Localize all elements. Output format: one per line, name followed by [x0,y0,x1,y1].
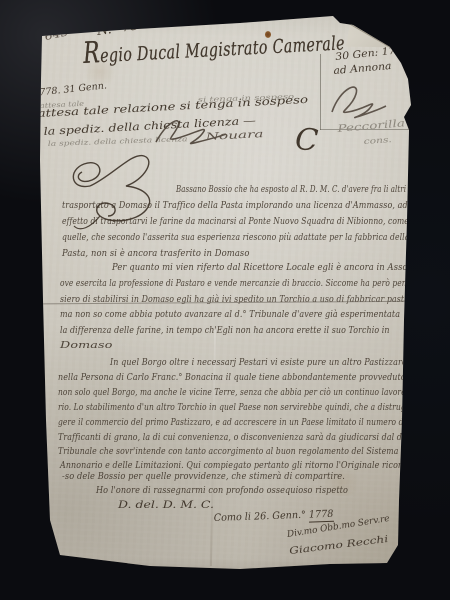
body-line: gere il commercio del primo Pastizzaro, … [58,418,410,428]
corner-fold [344,16,394,50]
closing-compliment: Ho l'onore di rassegnarmi con profondo o… [96,486,348,496]
annotation-date: 1778. 31 Genn. [33,80,108,99]
registry-office: ad Annona [333,61,392,77]
body-line: quelle, che secondo l'asserita sua esper… [62,233,409,243]
body-line: siero di stabilirsi in Domaso egli ha gi… [60,295,409,305]
body-line: In quel Borgo oltre i necessarj Pestari … [110,358,407,368]
body-line: Per quanto mi vien riferto dal Ricettore… [112,263,408,273]
place-date-line: Como li 26. Genn.° 1778 [214,509,334,524]
registrar-name: Nouara [205,129,263,143]
body-line: ove esercita la professione di Pastaro e… [60,279,409,289]
body-line: ma non so come abbia potuto avanzare al … [60,310,400,320]
manuscript-page: 645 N.° 73 Regio Ducal Magistrato Camera… [0,0,450,600]
body-line: Annonario e delle Limitazioni. Qui compi… [60,461,405,471]
paraph-signature-2-icon [152,112,230,148]
body-line: nella Persona di Carlo Franc.° Bonacina … [58,373,406,383]
pencil-name-2: cons. [363,135,392,146]
flourish-capital-c: C [294,122,319,159]
file-number: 645 [44,27,70,43]
body-line: Bassano Bossio che ha esposto al R. D. M… [176,185,406,195]
body-line: Tribunale che sovr'intende con tanto acc… [58,447,398,457]
bracket-vertical [320,54,321,130]
body-line: Domaso [60,341,113,351]
place-date: Como li 26. Genn.° [214,510,306,524]
body-line: la differenza delle farine, in tempo ch'… [60,326,390,336]
paraph-signature-icon [326,78,390,122]
body-line: Pasta, non si è ancora trasferito in Dom… [62,249,249,259]
photo-stage: 645 N.° 73 Regio Ducal Magistrato Camera… [0,0,450,600]
page-title: Regio Ducal Magistrato Camerale [82,22,345,70]
body-line: trasportato a Domaso il Traffico della P… [62,201,408,211]
body-line: effetto di trasportarvi le farine da mac… [62,217,409,227]
body-line: non solo quel Borgo, ma anche le vicine … [58,388,408,398]
closing-devotion: D. del. D. M. C. [118,500,214,511]
body-line: rio. Lo stabilimento d'un altro Torchio … [58,403,408,413]
registry-date: 30 Gen: 1778 [335,44,410,63]
body-line: -so dele Bossio per quelle provvidenze, … [62,472,345,482]
body-line: Trafficanti di grano, la di cui convenie… [58,433,409,443]
underlined-year: 1778 [309,509,334,523]
